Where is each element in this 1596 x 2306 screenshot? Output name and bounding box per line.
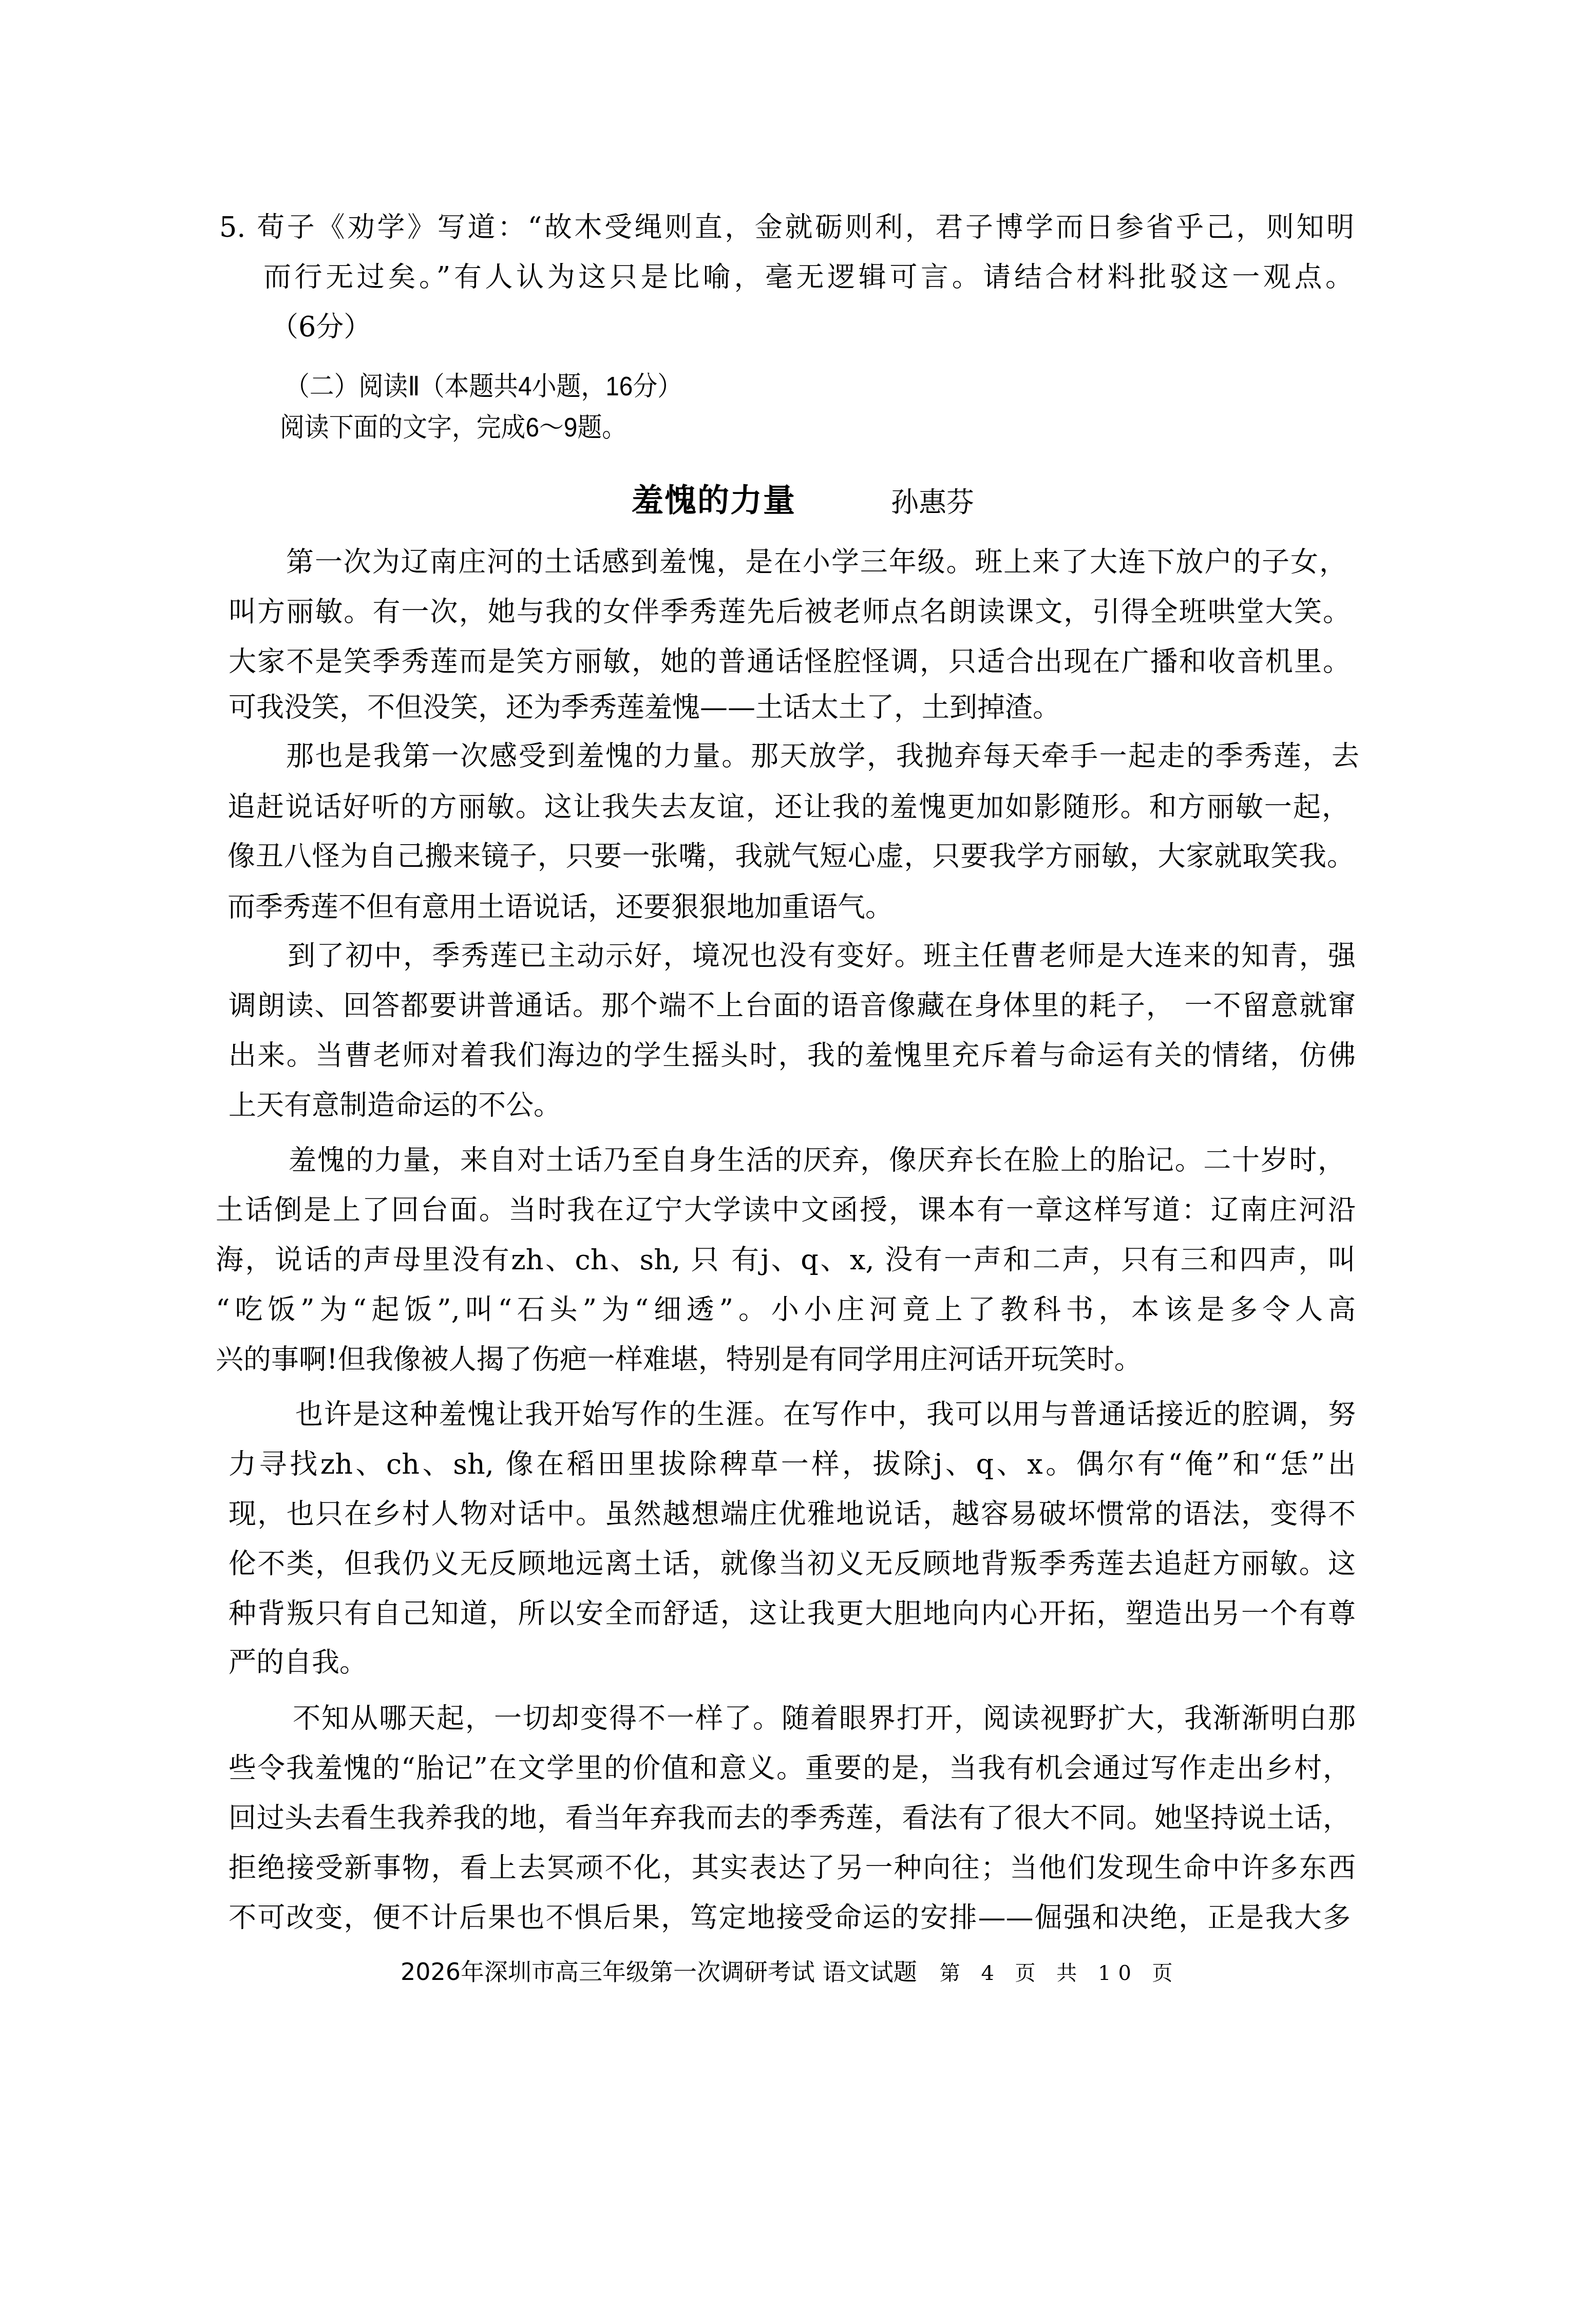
paragraph-line: 那也是我第一次感受到羞愧的力量。那天放学，我抛弃每天牵手一起走的季秀莲，去 xyxy=(286,738,1359,774)
paragraph-line: 上天有意制造命运的不公。 xyxy=(229,1088,561,1123)
paragraph-line: “吃饭”为“起饭”,叫“石头”为“细透”。小小庄河竟上了教科书，本该是多令人高 xyxy=(216,1292,1356,1328)
paragraph-line: 追赶说话好听的方丽敏。这让我失去友谊，还让我的羞愧更加如影随形。和方丽敏一起， xyxy=(227,789,1350,825)
paragraph-line: 调朗读、回答都要讲普通话。那个端不上台面的语音像藏在身体里的耗子， 一不留意就窜 xyxy=(229,988,1356,1024)
page-footer: 2026年深圳市高三年级第一次调研考试 语文试题第 4 页 共 10 页 xyxy=(401,1954,1180,1990)
paragraph-line: 不知从哪天起，一切却变得不一样了。随着眼界打开，阅读视野扩大，我渐渐明白那 xyxy=(293,1701,1356,1737)
paragraph-line: 叫方丽敏。有一次，她与我的女伴季秀莲先后被老师点名朗读课文，引得全班哄堂大笑。 xyxy=(229,594,1351,630)
paragraph-line: 不可改变，便不计后果也不惧后果，笃定地接受命运的安排——倔强和决绝，正是我大多 xyxy=(229,1900,1351,1936)
page-number: 第 4 页 共 10 页 xyxy=(940,1961,1180,1985)
paragraph-line: 可我没笑，不但没笑，还为季秀莲羞愧——土话太土了，土到掉渣。 xyxy=(229,690,1060,726)
exam-page: 5. 荀子《劝学》写道：“故木受绳则直，金就砺则利，君子博学而日参省乎己，则知明… xyxy=(0,0,1596,2306)
question-5-line-1: 5. 荀子《劝学》写道：“故木受绳则直，金就砺则利，君子博学而日参省乎己，则知明 xyxy=(219,209,1354,245)
article-author: 孙惠芬 xyxy=(891,482,974,523)
paragraph-line: 海，说话的声母里没有zh、ch、sh, 只 有j、q、x, 没有一声和二声，只有… xyxy=(216,1242,1356,1278)
paragraph-line: 到了初中，季秀莲已主动示好，境况也没有变好。班主任曹老师是大连来的知青，强 xyxy=(288,938,1356,974)
paragraph-line: 也许是这种羞愧让我开始写作的生涯。在写作中，我可以用与普通话接近的腔调，努 xyxy=(295,1397,1356,1433)
question-5-score: （6分） xyxy=(271,309,371,345)
paragraph-line: 兴的事啊!但我像被人揭了伤疤一样难堪，特别是有同学用庄河话开玩笑时。 xyxy=(216,1342,1142,1378)
paragraph-line: 土话倒是上了回台面。当时我在辽宁大学读中文函授，课本有一章这样写道：辽南庄河沿 xyxy=(216,1192,1356,1228)
paragraph-line: 羞愧的力量，来自对土话乃至自身生活的厌弃，像厌弃长在脸上的胎记。二十岁时， xyxy=(289,1142,1345,1178)
exam-title: 2026年深圳市高三年级第一次调研考试 语文试题 xyxy=(401,1958,917,1986)
paragraph-line: 而季秀莲不但有意用土语说话，还要狠狠地加重语气。 xyxy=(227,889,893,925)
paragraph-line: 力寻找zh、ch、sh, 像在稻田里拔除稗草一样，拔除j、q、x。偶尔有“俺”和… xyxy=(229,1446,1356,1482)
section-instruction: 阅读下面的文字，完成6～9题。 xyxy=(280,410,626,446)
paragraph-line: 种背叛只有自己知道，所以安全而舒适，这让我更大胆地向内心开拓，塑造出另一个有尊 xyxy=(229,1596,1356,1632)
article-title-block: 羞愧的力量 孙惠芬 xyxy=(0,480,1596,521)
paragraph-line: 些令我羞愧的“胎记”在文学里的价值和意义。重要的是，当我有机会通过写作走出乡村， xyxy=(229,1750,1351,1786)
paragraph-line: 拒绝接受新事物，看上去冥顽不化，其实表达了另一种向往；当他们发现生命中许多东西 xyxy=(229,1850,1356,1886)
paragraph-line: 第一次为辽南庄河的土话感到羞愧，是在小学三年级。班上来了大连下放户的子女， xyxy=(286,544,1347,580)
paragraph-line: 出来。当曹老师对着我们海边的学生摇头时，我的羞愧里充斥着与命运有关的情绪，仿佛 xyxy=(229,1038,1356,1074)
paragraph-line: 回过头去看生我养我的地，看当年弃我而去的季秀莲，看法有了很大不同。她坚持说土话， xyxy=(229,1800,1351,1836)
paragraph-line: 现，也只在乡村人物对话中。虽然越想端庄优雅地说话，越容易破坏惯常的语法，变得不 xyxy=(229,1496,1356,1532)
paragraph-line: 伦不类，但我仍义无反顾地远离土话，就像当初义无反顾地背叛季秀莲去追赶方丽敏。这 xyxy=(229,1546,1356,1582)
paragraph-line: 像丑八怪为自己搬来镜子，只要一张嘴，我就气短心虚，只要我学方丽敏，大家就取笑我。 xyxy=(227,838,1355,874)
paragraph-line: 大家不是笑季秀莲而是笑方丽敏，她的普通话怪腔怪调，只适合出现在广播和收音机里。 xyxy=(229,644,1351,680)
section-heading: （二）阅读Ⅱ（本题共4小题，16分） xyxy=(285,369,682,405)
paragraph-line: 严的自我。 xyxy=(229,1645,367,1681)
question-5-line-2: 而行无过矣。”有人认为这只是比喻，毫无逻辑可言。请结合材料批驳这一观点。 xyxy=(263,259,1353,295)
article-title: 羞愧的力量 xyxy=(632,480,796,521)
